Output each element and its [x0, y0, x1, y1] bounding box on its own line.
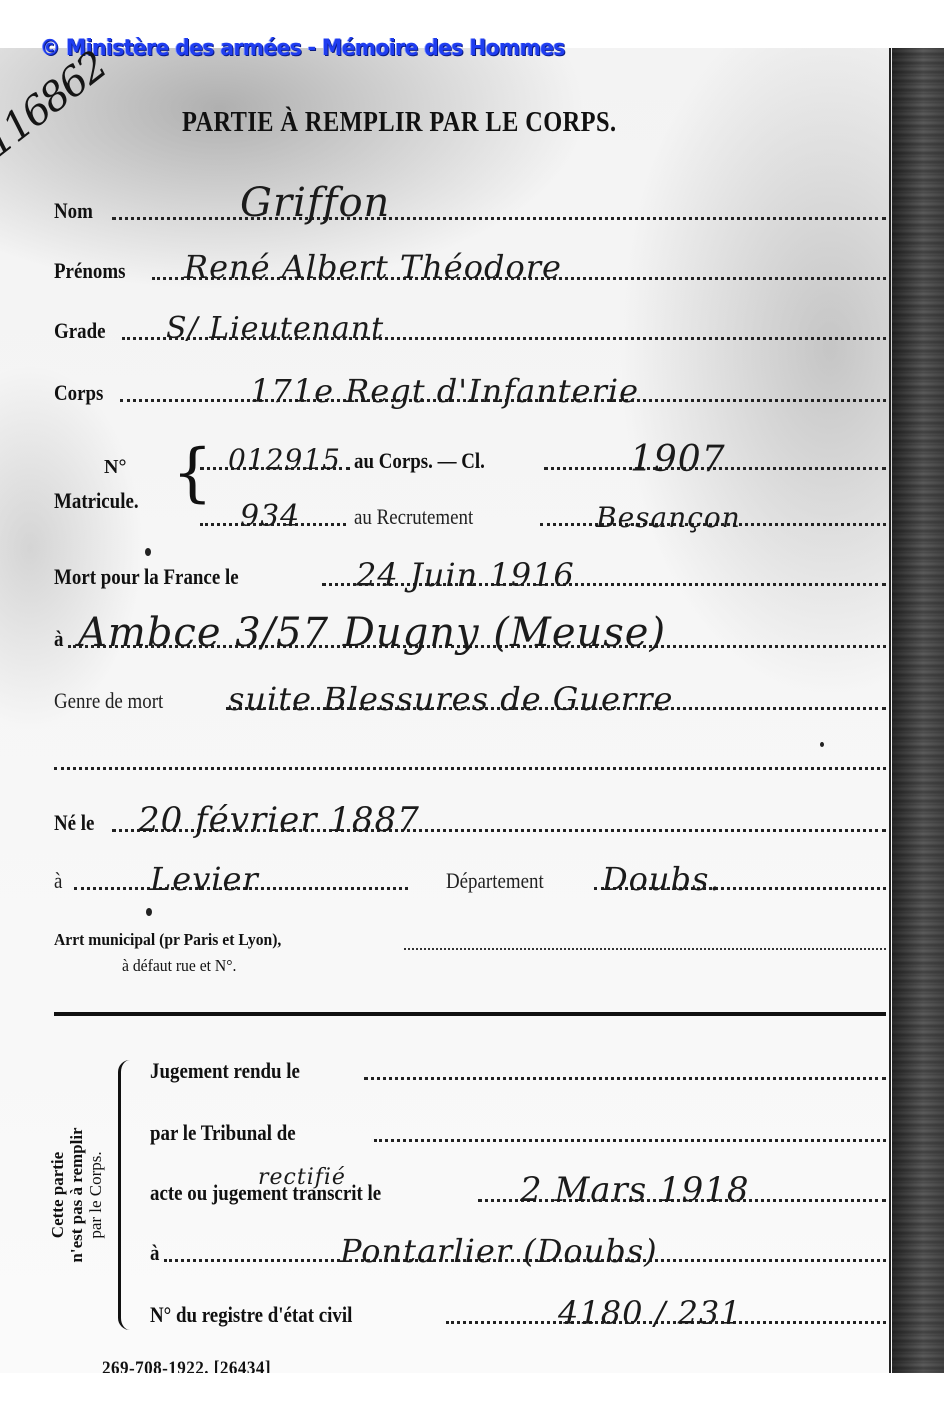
section-divider — [54, 1012, 886, 1016]
page-edge — [889, 48, 891, 1373]
ne-a-label: à — [54, 868, 62, 894]
arrondissement-label-1: Arrt municipal (pr Paris et Lyon), — [54, 930, 281, 950]
nom-value: Griffon — [240, 180, 390, 226]
arrondissement-label-2: à défaut rue et N°. — [122, 956, 236, 976]
matricule-corps-value: 012915 — [228, 443, 341, 476]
corps-label: Corps — [54, 380, 103, 406]
matricule-label-1: N° — [104, 456, 126, 479]
side-note: Cette partie n'est pas à remplir par le … — [48, 1090, 105, 1300]
form-heading: PARTIE À REMPLIR PAR LE CORPS. — [182, 106, 616, 139]
departement-value: Doubs. — [602, 860, 721, 898]
prenoms-value: René Albert Théodore — [184, 248, 562, 286]
blank-line — [54, 746, 886, 780]
copyright-watermark: © Ministère des armées - Mémoire des Hom… — [40, 36, 565, 61]
field-registre: N° du registre d'état civil 4180 / 231 — [150, 1300, 886, 1334]
arrondissement-value-line — [404, 948, 886, 950]
recrutement-value: Besançon — [596, 501, 741, 534]
field-ne-le: Né le 20 février 1887 — [54, 808, 886, 842]
ne-le-value: 20 février 1887 — [138, 800, 420, 840]
field-transcrit: acte ou jugement transcrit le rectifié 2… — [150, 1178, 886, 1212]
transcrit-a-value: Pontarlier (Doubs) — [340, 1232, 658, 1270]
recrutement-number: 934 — [240, 499, 300, 534]
au-recrutement-label: au Recrutement — [354, 504, 473, 530]
au-corps-label: au Corps. — Cl. — [354, 448, 485, 474]
transcrit-value: 2 Mars 1918 — [520, 1170, 750, 1210]
field-transcrit-a: à Pontarlier (Doubs) — [150, 1238, 886, 1272]
departement-label: Département — [446, 868, 544, 894]
transcrit-annotation: rectifié — [258, 1165, 346, 1190]
registre-value: 4180 / 231 — [558, 1294, 742, 1332]
ink-speck — [820, 742, 824, 747]
grade-label: Grade — [54, 318, 106, 344]
tribunal-label: par le Tribunal de — [150, 1120, 296, 1146]
classe-value: 1907 — [630, 439, 726, 480]
transcrit-a-label: à — [150, 1240, 159, 1266]
field-nom: Nom Griffon — [54, 196, 886, 230]
nom-label: Nom — [54, 198, 93, 224]
binding-shadow — [892, 48, 944, 1373]
field-grade: Grade S/ Lieutenant — [54, 316, 886, 350]
ink-speck — [146, 908, 152, 916]
field-jugement-rendu: Jugement rendu le — [150, 1056, 886, 1090]
prenoms-label: Prénoms — [54, 258, 125, 284]
matricule-label-2: Matricule. — [54, 488, 139, 514]
ne-le-label: Né le — [54, 810, 94, 836]
field-corps: Corps 171e Regt d'Infanterie — [54, 378, 886, 412]
field-ne-a: à Levier Département Doubs. — [54, 866, 886, 900]
field-tribunal: par le Tribunal de — [150, 1118, 886, 1152]
page-margin — [0, 1373, 944, 1417]
side-brace — [118, 1060, 135, 1330]
genre-de-mort-value: suite Blessures de Guerre — [228, 680, 673, 718]
ne-a-value: Levier — [150, 860, 259, 898]
field-mort-a: à Ambce 3/57 Dugny (Meuse) — [54, 624, 886, 658]
field-mort-le: Mort pour la France le 24 Juin 1916 — [54, 562, 886, 596]
mort-le-value: 24 Juin 1916 — [356, 556, 575, 594]
matricule-corps-row: 012915 au Corps. — Cl. 1907 — [200, 446, 886, 480]
field-genre-de-mort: Genre de mort suite Blessures de Guerre — [54, 686, 886, 720]
mort-a-label: à — [54, 626, 63, 652]
corps-value: 171e Regt d'Infanterie — [250, 372, 639, 410]
registre-label: N° du registre d'état civil — [150, 1302, 352, 1328]
field-prenoms: Prénoms René Albert Théodore — [54, 256, 886, 290]
ink-speck — [145, 548, 151, 556]
jugement-rendu-label: Jugement rendu le — [150, 1058, 300, 1084]
genre-de-mort-label: Genre de mort — [54, 688, 163, 714]
mort-a-value: Ambce 3/57 Dugny (Meuse) — [78, 610, 666, 656]
grade-value: S/ Lieutenant — [166, 311, 384, 346]
matricule-recrutement-row: 934 au Recrutement Besançon — [200, 502, 886, 536]
mort-le-label: Mort pour la France le — [54, 564, 239, 590]
